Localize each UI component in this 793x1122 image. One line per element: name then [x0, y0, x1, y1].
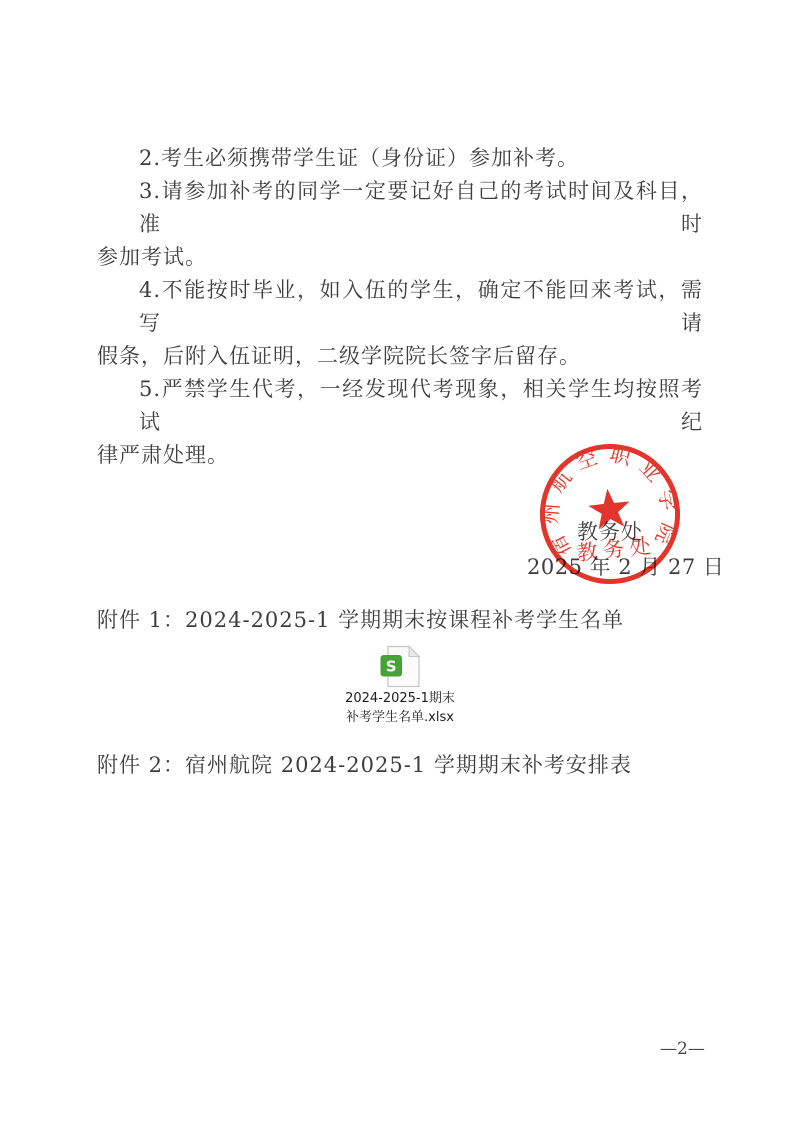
seal-star-icon: [587, 486, 633, 530]
spreadsheet-icon-letter: S: [386, 658, 397, 676]
body-line: 5.严禁学生代考，一经发现代考现象，相关学生均按照考试纪: [97, 373, 703, 439]
file-name-line-2[interactable]: 补考学生名单.xlsx: [346, 709, 454, 726]
file-name-line-1[interactable]: 2024-2025-1期末: [345, 690, 455, 707]
body-line: 假条，后附入伍证明，二级学院院长签字后留存。: [97, 340, 703, 373]
body-text: 2.考生必须携带学生证（身份证）参加补考。3.请参加补考的同学一定要记好自己的考…: [97, 142, 703, 472]
body-line: 4.不能按时毕业，如入伍的学生，确定不能回来考试，需写请: [97, 274, 703, 340]
document-page: 2.考生必须携带学生证（身份证）参加补考。3.请参加补考的同学一定要记好自己的考…: [0, 0, 793, 1122]
embedded-xlsx-file[interactable]: S 2024-2025-1期末 补考学生名单.xlsx: [316, 645, 484, 726]
body-line: 2.考生必须携带学生证（身份证）参加补考。: [97, 142, 703, 175]
body-line: 参加考试。: [97, 241, 703, 274]
spreadsheet-file-icon[interactable]: S: [378, 645, 422, 688]
official-seal-stamp-icon: 宿州航空职业学院 教务处: [530, 434, 690, 594]
attachment-2-label: 附件 2：宿州航院 2024-2025-1 学期期末补考安排表: [97, 749, 632, 779]
body-line: 3.请参加补考的同学一定要记好自己的考试时间及科目，准时: [97, 175, 703, 241]
page-number: —2—: [660, 1039, 705, 1059]
seal-office-text: 教务处: [576, 533, 657, 565]
attachment-1-label: 附件 1：2024-2025-1 学期期末按课程补考学生名单: [97, 604, 624, 634]
